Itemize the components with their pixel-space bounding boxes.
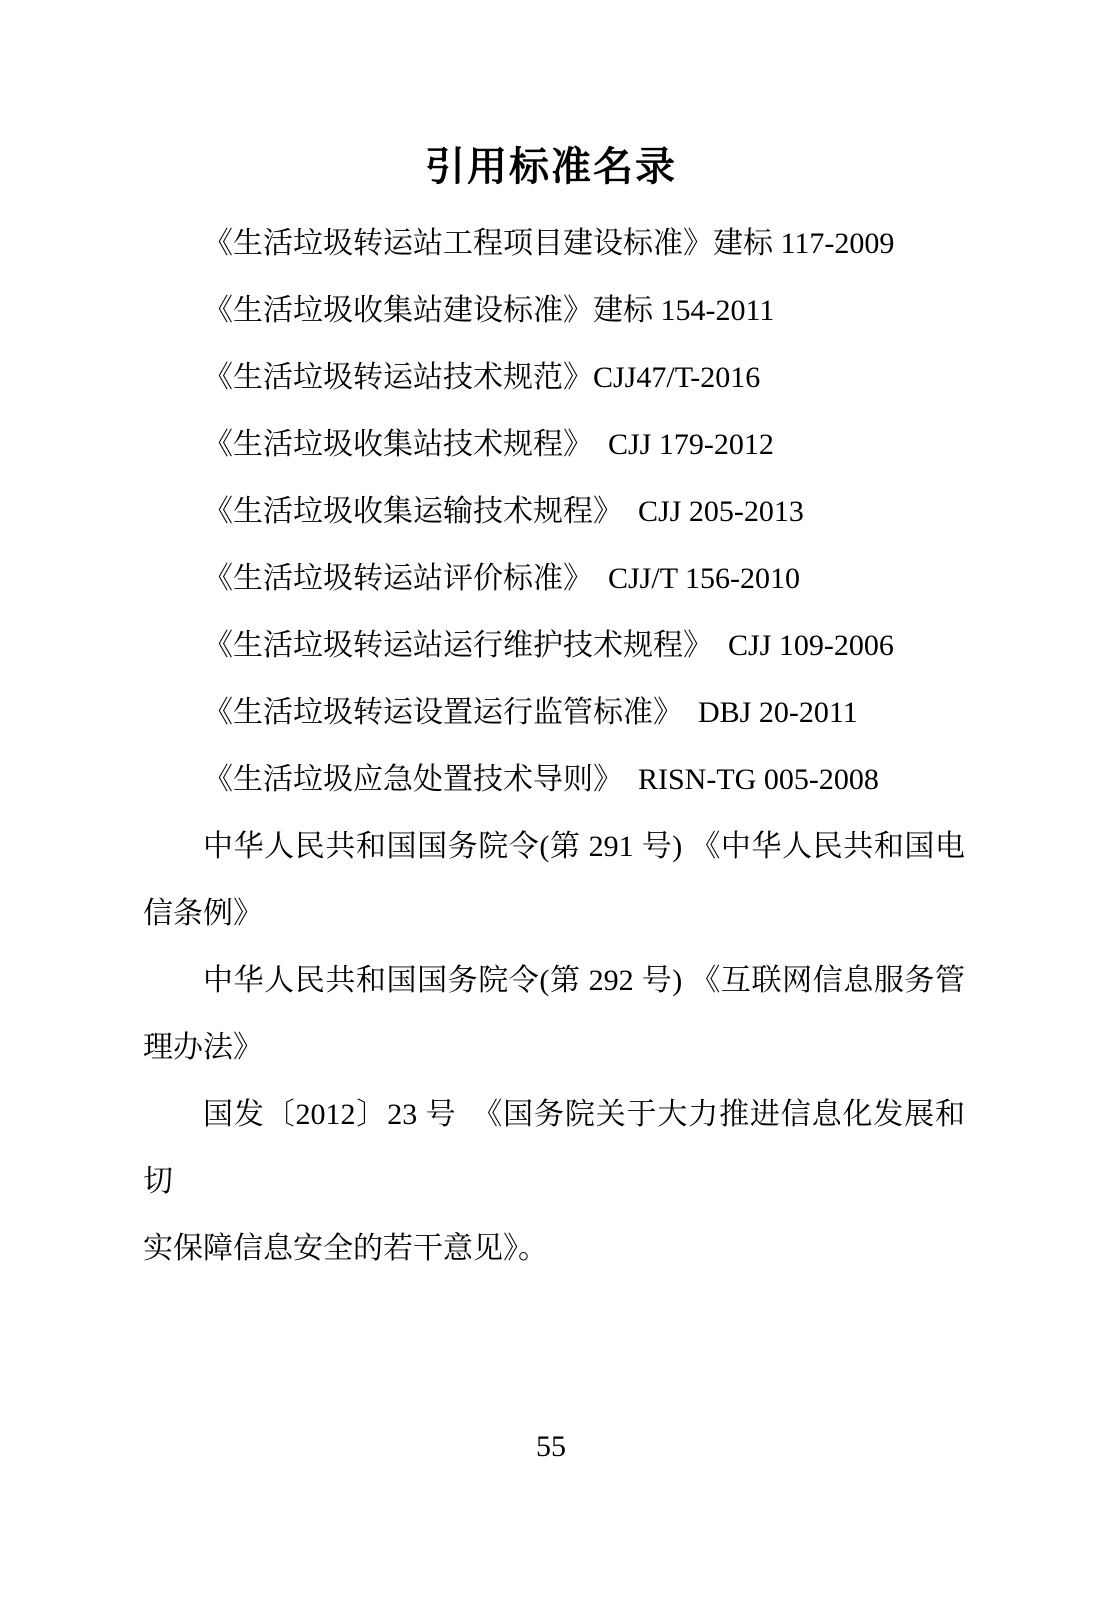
decree-292-line-1: 中华人民共和国国务院令(第 292 号) 《互联网信息服务管 <box>143 947 965 1014</box>
page-title: 引用标准名录 <box>0 143 1102 191</box>
decree-292-line-2: 理办法》 <box>143 1014 965 1081</box>
decree-291-line-2: 信条例》 <box>143 880 965 947</box>
standard-line-6: 《生活垃圾转运站评价标准》 CJJ/T 156-2010 <box>143 545 965 612</box>
standard-line-1: 《生活垃圾转运站工程项目建设标准》建标 117-2009 <box>143 210 965 277</box>
standard-line-3: 《生活垃圾转运站技术规范》CJJ47/T-2016 <box>143 344 965 411</box>
standard-line-8: 《生活垃圾转运设置运行监管标准》 DBJ 20-2011 <box>143 679 965 746</box>
standard-line-7: 《生活垃圾转运站运行维护技术规程》 CJJ 109-2006 <box>143 612 965 679</box>
document-page: 引用标准名录 《生活垃圾转运站工程项目建设标准》建标 117-2009 《生活垃… <box>0 0 1102 1598</box>
standard-line-5: 《生活垃圾收集运输技术规程》 CJJ 205-2013 <box>143 478 965 545</box>
page-number: 55 <box>0 1430 1102 1464</box>
standard-line-2: 《生活垃圾收集站建设标准》建标 154-2011 <box>143 277 965 344</box>
state-council-doc-line-1: 国发〔2012〕23 号 《国务院关于大力推进信息化发展和切 <box>143 1081 965 1215</box>
state-council-doc-line-2: 实保障信息安全的若干意见》。 <box>143 1215 965 1282</box>
standard-line-9: 《生活垃圾应急处置技术导则》 RISN-TG 005-2008 <box>143 746 965 813</box>
standard-line-4: 《生活垃圾收集站技术规程》 CJJ 179-2012 <box>143 411 965 478</box>
standards-list: 《生活垃圾转运站工程项目建设标准》建标 117-2009 《生活垃圾收集站建设标… <box>143 210 965 1282</box>
decree-291-line-1: 中华人民共和国国务院令(第 291 号) 《中华人民共和国电 <box>143 813 965 880</box>
